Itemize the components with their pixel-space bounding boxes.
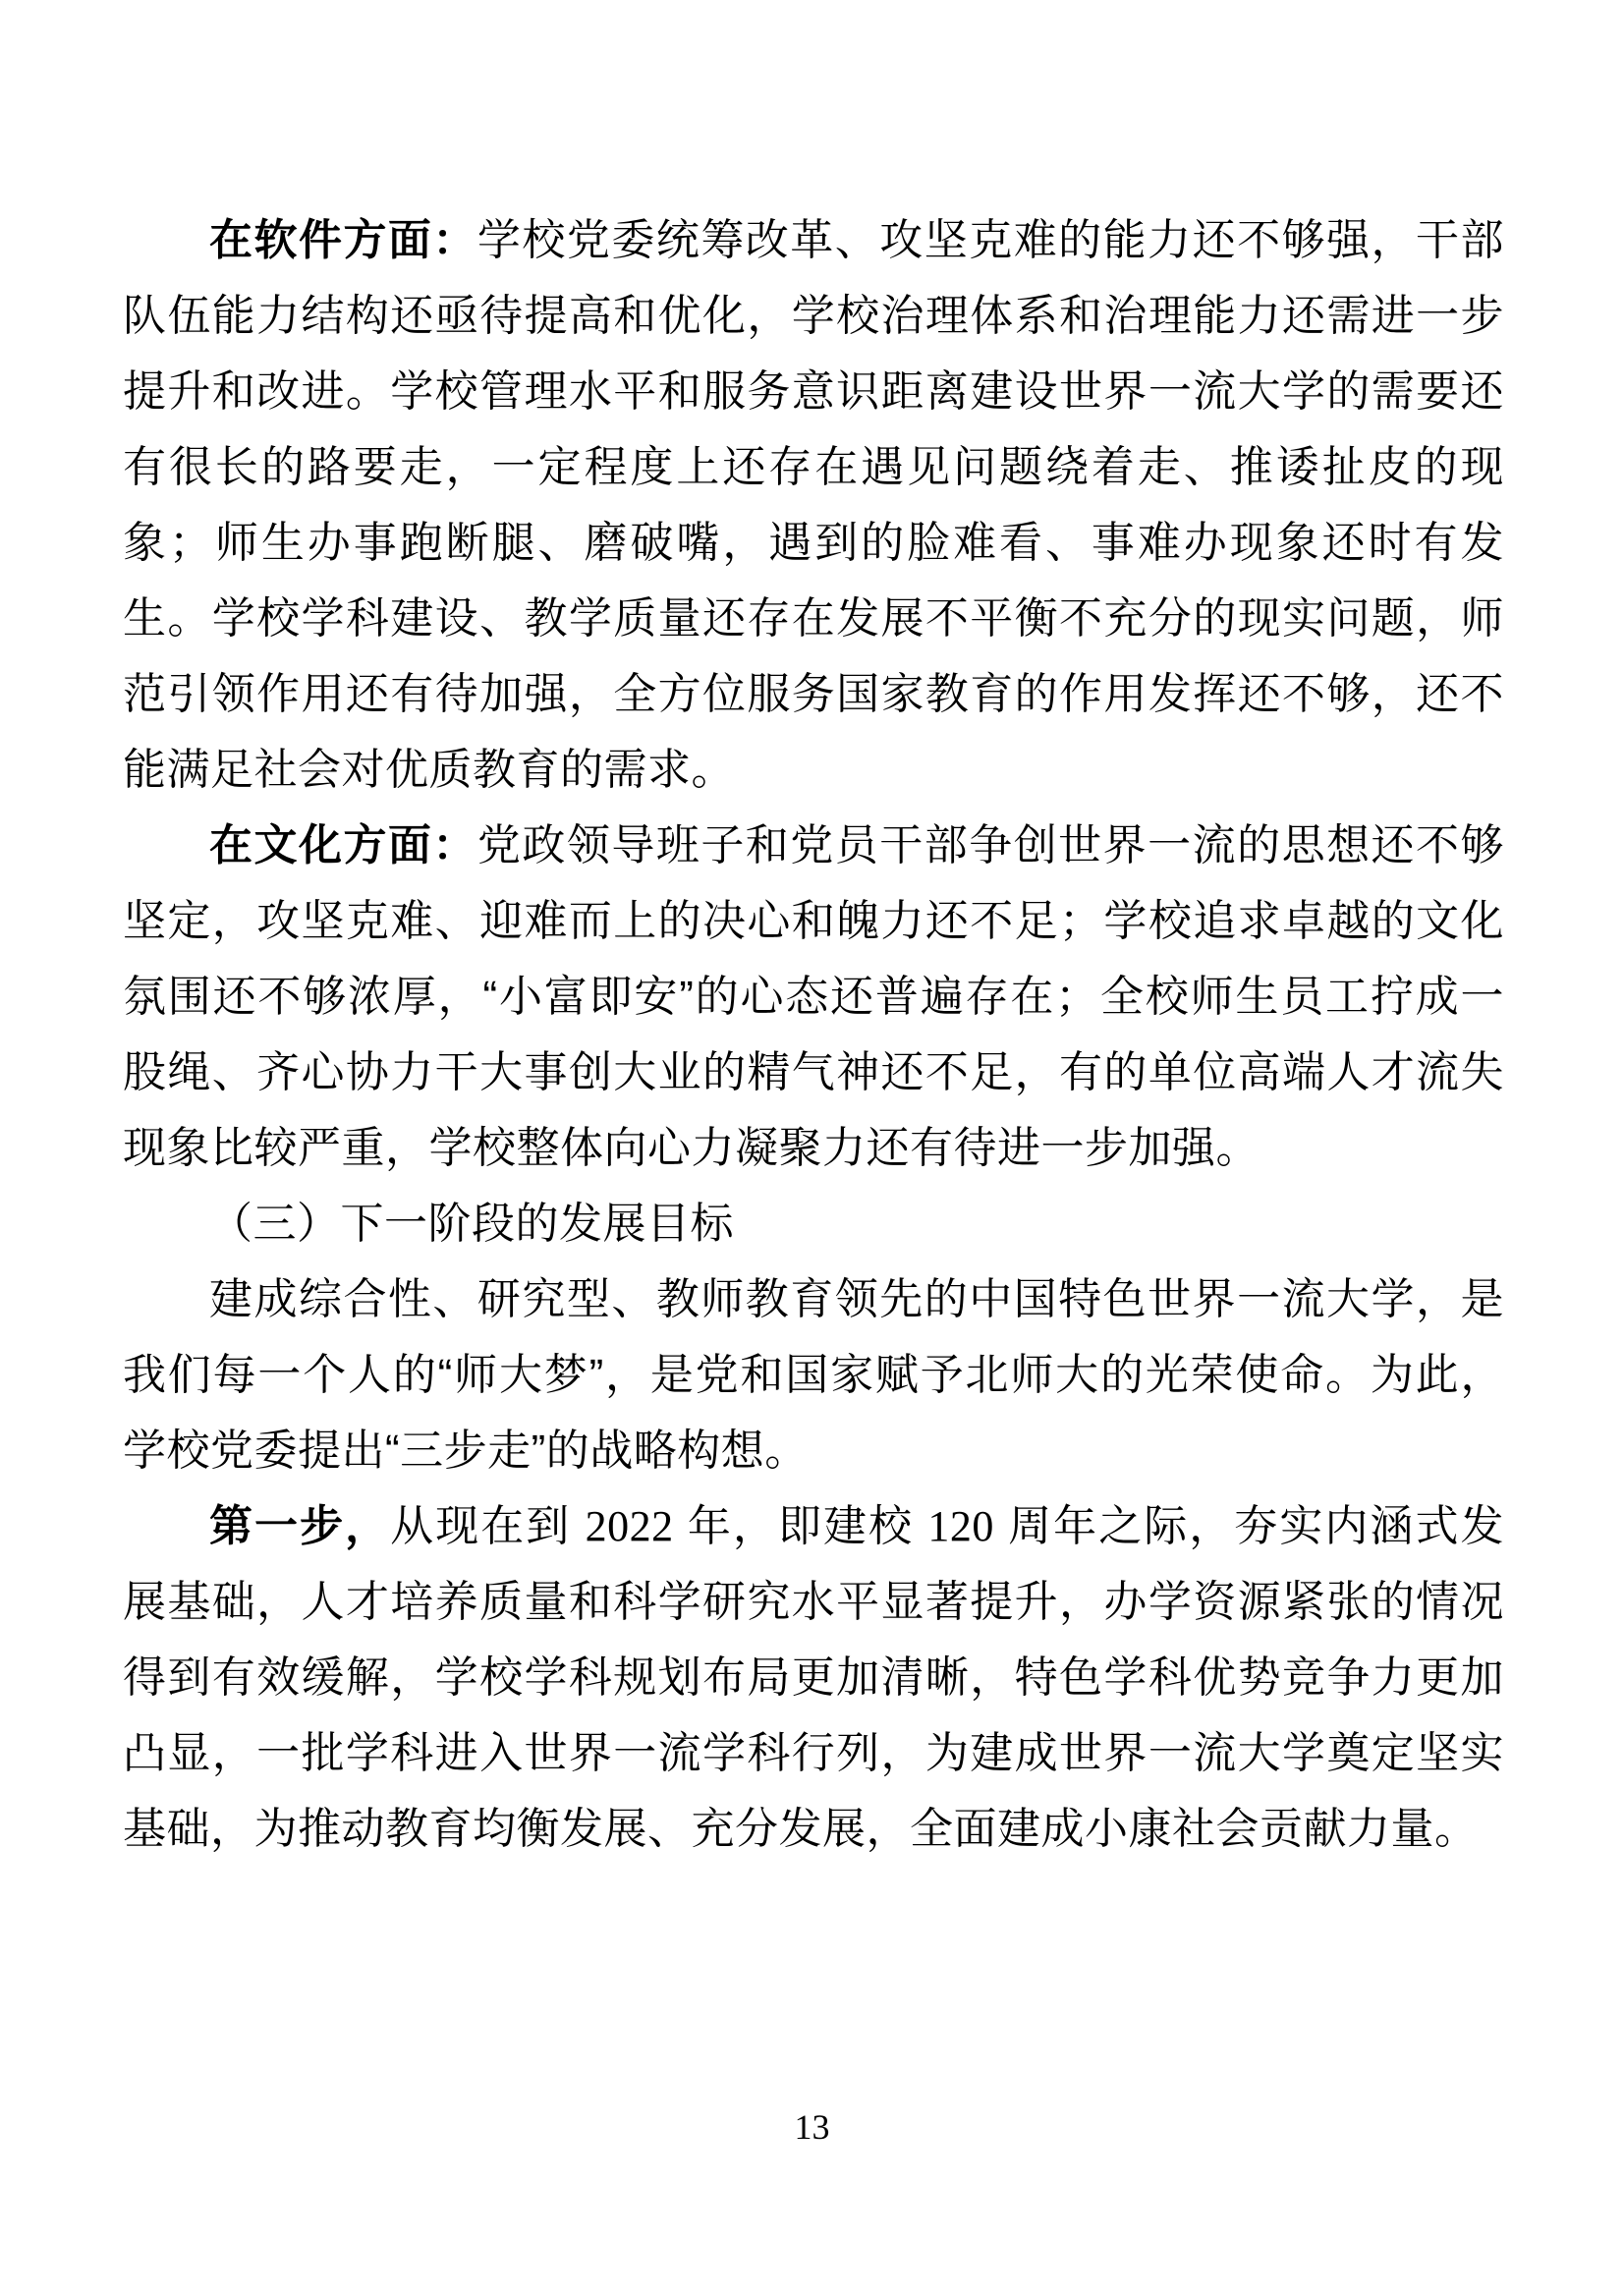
paragraph-step-one-lead: 第一步， bbox=[209, 1502, 390, 1550]
page-number: 13 bbox=[0, 2105, 1624, 2149]
paragraph-step-one-seg2: 年，即建校 bbox=[674, 1502, 928, 1550]
paragraph-software-body: 学校党委统筹改革、攻坚克难的能力还不够强，干部队伍能力结构还亟待提高和优化，学校… bbox=[123, 216, 1504, 794]
paragraph-culture-body: 党政领导班子和党员干部争创世界一流的思想还不够坚定，攻坚克难、迎难而上的决心和魄… bbox=[123, 821, 1504, 1172]
paragraph-culture-aspect: 在文化方面：党政领导班子和党员干部争创世界一流的思想还不够坚定，攻坚克难、迎难而… bbox=[123, 808, 1504, 1186]
paragraph-culture-lead: 在文化方面： bbox=[209, 821, 477, 869]
anniversary-120-number: 120 bbox=[927, 1502, 994, 1550]
section-heading-three: （三）下一阶段的发展目标 bbox=[123, 1186, 1504, 1261]
paragraph-software-aspect: 在软件方面：学校党委统筹改革、攻坚克难的能力还不够强，干部队伍能力结构还亟待提高… bbox=[123, 202, 1504, 808]
page-body-text: 在软件方面：学校党委统筹改革、攻坚克难的能力还不够强，干部队伍能力结构还亟待提高… bbox=[123, 202, 1504, 1867]
paragraph-step-one-seg3: 周年之际，夯实内涵式发展基础，人才培养质量和科学研究水平显著提升，办学资源紧张的… bbox=[123, 1502, 1504, 1853]
paragraph-step-one-seg1: 从现在到 bbox=[390, 1502, 585, 1550]
year-2022-number: 2022 bbox=[586, 1502, 674, 1550]
document-page: 在软件方面：学校党委统筹改革、攻坚克难的能力还不够强，干部队伍能力结构还亟待提高… bbox=[0, 0, 1624, 2296]
paragraph-development-goal: 建成综合性、研究型、教师教育领先的中国特色世界一流大学，是我们每一个人的“师大梦… bbox=[123, 1261, 1504, 1488]
paragraph-software-lead: 在软件方面： bbox=[209, 216, 477, 264]
paragraph-step-one: 第一步，从现在到 2022 年，即建校 120 周年之际，夯实内涵式发展基础，人… bbox=[123, 1488, 1504, 1867]
